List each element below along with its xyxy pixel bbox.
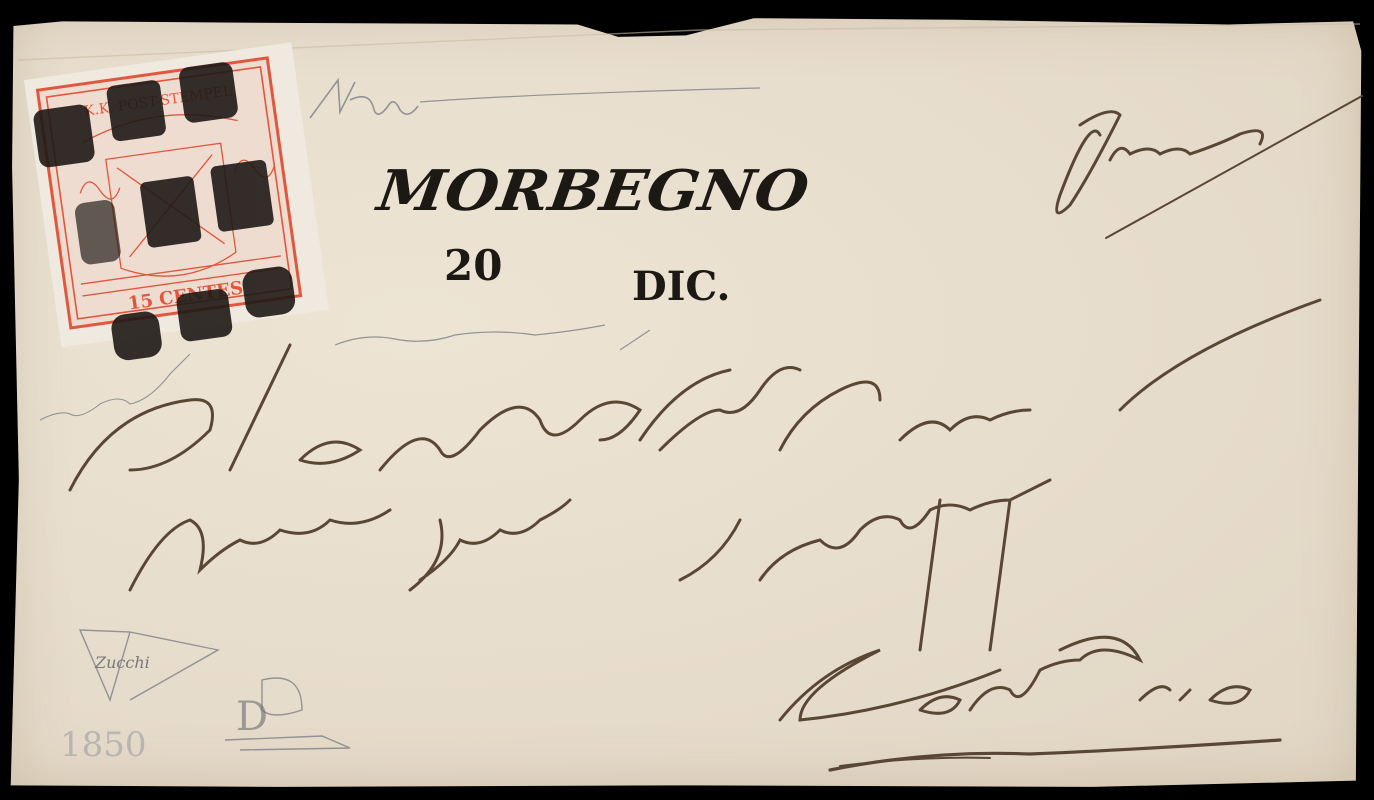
pencil-letter-d: D [236, 694, 268, 740]
pencil-year-note: 1850 [60, 725, 147, 765]
cover-markings: K.K. POST-STEMPEL 15 CENTES MORBEGNO 20 … [0, 0, 1374, 800]
postage-stamp: K.K. POST-STEMPEL 15 CENTES [24, 42, 332, 369]
postmark-day: 20 [444, 241, 502, 290]
pencil-triangle-note: Zucchi [94, 653, 150, 672]
postmark-month: DIC. [632, 263, 730, 310]
postmark-morbegno: MORBEGNO 20 DIC. [371, 158, 812, 310]
postmark-town: MORBEGNO [371, 158, 812, 224]
